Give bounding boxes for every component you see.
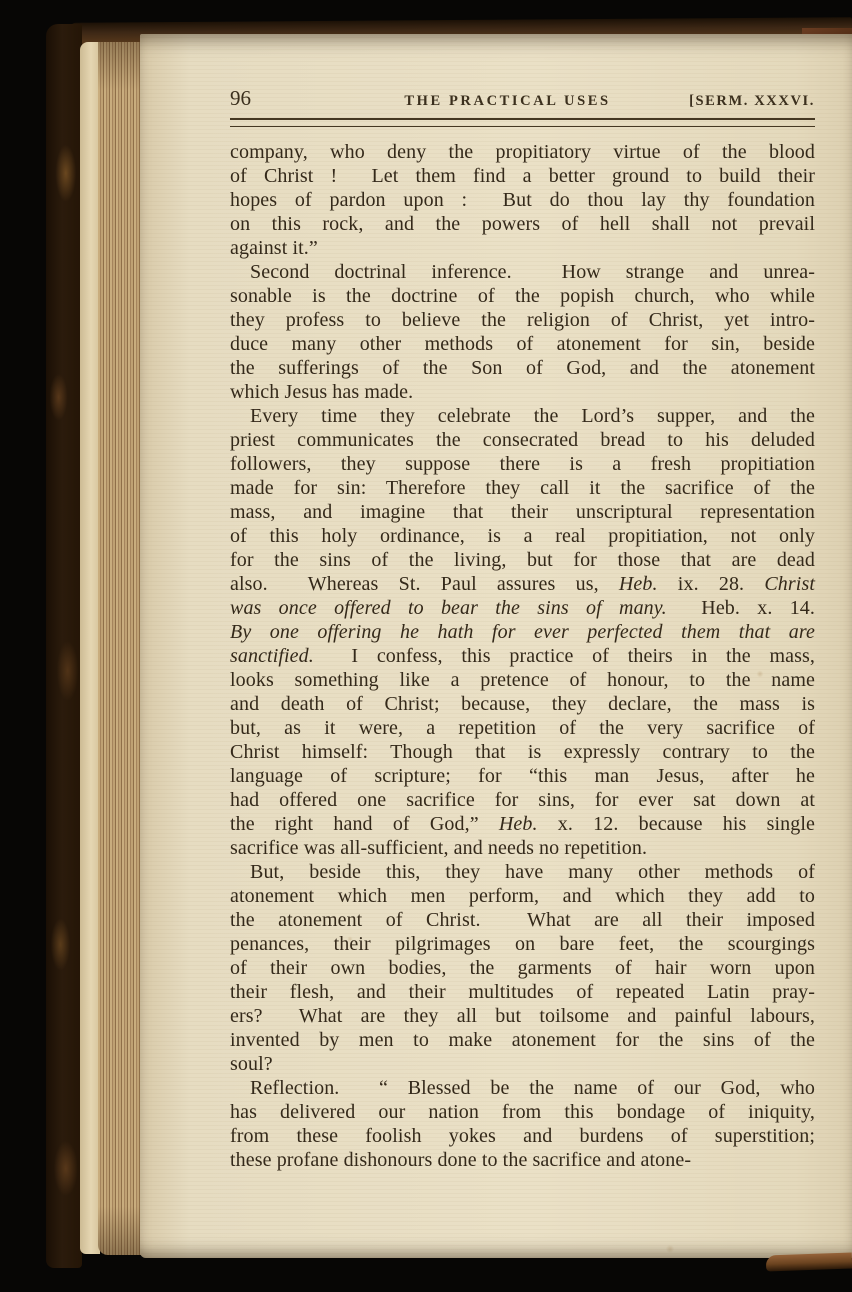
text-line: of their own bodies, the garments of hai… [230, 956, 815, 980]
text-line: on this rock, and the powers of hell sha… [230, 212, 815, 236]
text-line: priest communicates the consecrated brea… [230, 428, 815, 452]
text-line: company, who deny the propitiatory virtu… [230, 140, 815, 164]
text-segment: soul? [230, 1053, 273, 1075]
italic-text-segment: was once offered to bear the sins of man… [230, 597, 667, 619]
italic-text-segment: Christ [764, 573, 815, 595]
text-segment: and death of Christ; because, they decla… [230, 693, 815, 715]
text-line: Every time they celebrate the Lord’s sup… [230, 404, 815, 428]
book-page: 96 THE PRACTICAL USES [SERM. XXXVI. comp… [140, 34, 852, 1258]
text-line: invented by men to make atonement for th… [230, 1028, 815, 1052]
text-line: was once offered to bear the sins of man… [230, 596, 815, 620]
text-segment: which Jesus has made. [230, 381, 413, 403]
text-segment: priest communicates the consecrated brea… [230, 429, 815, 451]
text-segment: these profane dishonours done to the sac… [230, 1149, 691, 1171]
page-body: company, who deny the propitiatory virtu… [230, 140, 815, 1172]
text-segment: looks something like a pretence of honou… [230, 669, 815, 691]
text-segment: sacrifice was all-sufficient, and needs … [230, 837, 647, 859]
text-segment: ers? What are they all but toilsome and … [230, 1005, 815, 1027]
paragraph: But, beside this, they have many other m… [230, 860, 815, 1076]
text-segment: the atonement of Christ. What are all th… [230, 909, 815, 931]
text-segment: of Christ ! Let them find a better groun… [230, 165, 815, 187]
text-line: sanctified. I confess, this practice of … [230, 644, 815, 668]
text-segment: also. Whereas St. Paul assures us, [230, 573, 619, 595]
text-segment: Reflection. “ Blessed be the name of our… [250, 1077, 815, 1099]
text-line: hopes of pardon upon : But do thou lay t… [230, 188, 815, 212]
text-segment: followers, they suppose there is a fresh… [230, 453, 815, 475]
paragraph: company, who deny the propitiatory virtu… [230, 140, 815, 260]
text-line: from these foolish yokes and burdens of … [230, 1124, 815, 1148]
text-line: duce many other methods of atonement for… [230, 332, 815, 356]
stacked-page-edges [98, 42, 144, 1255]
text-segment: for the sins of the living, but for thos… [230, 549, 815, 571]
text-line: sacrifice was all-sufficient, and needs … [230, 836, 815, 860]
page-number: 96 [230, 86, 350, 111]
text-segment: Heb. x. 14. [667, 597, 815, 619]
text-line: had offered one sacrifice for sins, for … [230, 788, 815, 812]
text-segment: penances, their pilgrimages on bare feet… [230, 933, 815, 955]
text-segment: mass, and imagine that their unscriptura… [230, 501, 815, 523]
text-segment: duce many other methods of atonement for… [230, 333, 815, 355]
text-line: of Christ ! Let them find a better groun… [230, 164, 815, 188]
text-segment: I confess, this practice of theirs in th… [314, 645, 815, 667]
text-line: their flesh, and their multitudes of rep… [230, 980, 815, 1004]
text-segment: Second doctrinal inference. How strange … [250, 261, 815, 283]
text-line: penances, their pilgrimages on bare feet… [230, 932, 815, 956]
text-line: But, beside this, they have many other m… [230, 860, 815, 884]
book-spine-leather [46, 24, 82, 1268]
text-line: Reflection. “ Blessed be the name of our… [230, 1076, 815, 1100]
text-line: sonable is the doctrine of the popish ch… [230, 284, 815, 308]
text-segment: company, who deny the propitiatory virtu… [230, 141, 815, 163]
paragraph: Second doctrinal inference. How strange … [230, 260, 815, 404]
running-title: THE PRACTICAL USES [350, 93, 665, 110]
italic-text-segment: Heb. [499, 813, 538, 835]
paragraph: Every time they celebrate the Lord’s sup… [230, 404, 815, 860]
text-segment: x. 12. because his single [538, 813, 815, 835]
text-line: looks something like a pretence of honou… [230, 668, 815, 692]
text-line: they profess to believe the religion of … [230, 308, 815, 332]
text-line: the sufferings of the Son of God, and th… [230, 356, 815, 380]
text-line: language of scripture; for “this man Jes… [230, 764, 815, 788]
text-line: these profane dishonours done to the sac… [230, 1148, 815, 1172]
inner-page-margin-sliver [80, 42, 100, 1254]
text-segment: of their own bodies, the garments of hai… [230, 957, 815, 979]
text-line: has delivered our nation from this bonda… [230, 1100, 815, 1124]
text-line: By one offering he hath for ever perfect… [230, 620, 815, 644]
photographed-book-scene: 96 THE PRACTICAL USES [SERM. XXXVI. comp… [0, 0, 852, 1292]
text-line: and death of Christ; because, they decla… [230, 692, 815, 716]
text-segment: they profess to believe the religion of … [230, 309, 815, 331]
text-segment: against it.” [230, 237, 318, 259]
text-line: followers, they suppose there is a fresh… [230, 452, 815, 476]
text-line: mass, and imagine that their unscriptura… [230, 500, 815, 524]
text-line: ers? What are they all but toilsome and … [230, 1004, 815, 1028]
text-line: atonement which men perform, and which t… [230, 884, 815, 908]
page-content-area: 96 THE PRACTICAL USES [SERM. XXXVI. comp… [230, 86, 815, 1258]
text-line: the right hand of God,” Heb. x. 12. beca… [230, 812, 815, 836]
text-line: Second doctrinal inference. How strange … [230, 260, 815, 284]
text-line: against it.” [230, 236, 815, 260]
sermon-reference: [SERM. XXXVI. [665, 93, 815, 110]
header-double-rule [230, 118, 815, 127]
text-segment: of this holy ordinance, is a real propit… [230, 525, 815, 547]
text-segment: Every time they celebrate the Lord’s sup… [250, 405, 815, 427]
book-bottom-right-leather-corner [766, 1253, 852, 1272]
text-line: made for sin: Therefore they call it the… [230, 476, 815, 500]
text-segment: the right hand of God,” [230, 813, 499, 835]
text-segment: their flesh, and their multitudes of rep… [230, 981, 815, 1003]
text-segment: sonable is the doctrine of the popish ch… [230, 285, 815, 307]
text-segment: made for sin: Therefore they call it the… [230, 477, 815, 499]
text-line: but, as it were, a repetition of the ver… [230, 716, 815, 740]
italic-text-segment: sanctified. [230, 645, 314, 667]
text-segment: but, as it were, a repetition of the ver… [230, 717, 815, 739]
text-segment: invented by men to make atonement for th… [230, 1029, 815, 1051]
text-line: of this holy ordinance, is a real propit… [230, 524, 815, 548]
text-segment: from these foolish yokes and burdens of … [230, 1125, 815, 1147]
text-segment: ix. 28. [658, 573, 765, 595]
paragraph: Reflection. “ Blessed be the name of our… [230, 1076, 815, 1172]
text-line: the atonement of Christ. What are all th… [230, 908, 815, 932]
text-segment: But, beside this, they have many other m… [250, 861, 815, 883]
text-segment: had offered one sacrifice for sins, for … [230, 789, 815, 811]
text-segment: hopes of pardon upon : But do thou lay t… [230, 189, 815, 211]
text-line: which Jesus has made. [230, 380, 815, 404]
italic-text-segment: Heb. [619, 573, 658, 595]
text-segment: language of scripture; for “this man Jes… [230, 765, 815, 787]
text-segment: Christ himself: Though that is expressly… [230, 741, 815, 763]
text-segment: on this rock, and the powers of hell sha… [230, 213, 815, 235]
text-segment: atonement which men perform, and which t… [230, 885, 815, 907]
italic-text-segment: By one offering he hath for ever perfect… [230, 621, 815, 643]
text-segment: the sufferings of the Son of God, and th… [230, 357, 815, 379]
text-line: for the sins of the living, but for thos… [230, 548, 815, 572]
text-line: also. Whereas St. Paul assures us, Heb. … [230, 572, 815, 596]
text-segment: has delivered our nation from this bonda… [230, 1101, 815, 1123]
text-line: Christ himself: Though that is expressly… [230, 740, 815, 764]
running-header: 96 THE PRACTICAL USES [SERM. XXXVI. [230, 86, 815, 111]
text-line: soul? [230, 1052, 815, 1076]
